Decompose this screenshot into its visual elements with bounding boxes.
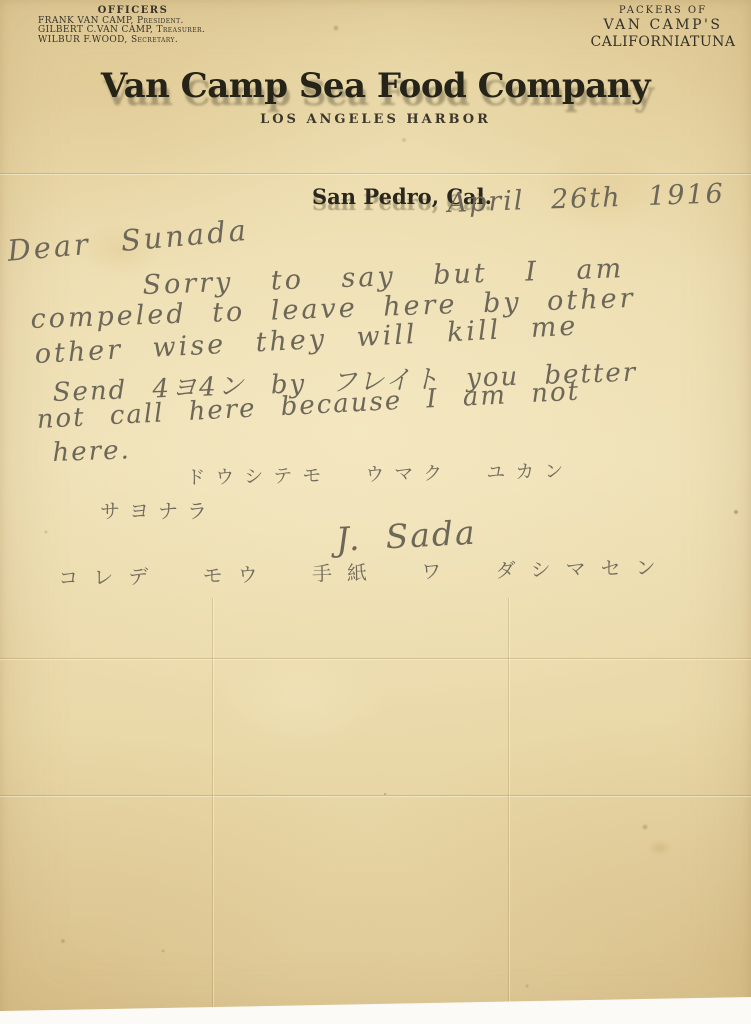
brand-name: VAN CAMP'S [583,17,743,33]
letter-paper: OFFICERS FRANK VAN CAMP, President. GILB… [0,0,751,1024]
officers-block: OFFICERS FRANK VAN CAMP, President. GILB… [38,6,228,45]
company-location: LOS ANGELES HARBOR [0,112,751,127]
body-line-6: here. [52,435,131,468]
fold-crease-horizontal-2 [0,658,751,661]
signature: J. Sada [335,513,478,559]
packers-of-label: PACKERS OF [583,5,743,16]
packers-block: PACKERS OF VAN CAMP'S CALIFORNIATUNA [583,5,743,50]
farewell-sayonara: サヨナラ [100,495,216,524]
katakana-line-1: ドウシテモ ウマク ユカン [186,456,574,490]
katakana-line-2: コレデ モウ 手紙 ワ ダシマセン [58,551,671,591]
officers-heading: OFFICERS [38,6,228,16]
fold-crease-horizontal-3 [0,795,751,798]
scanned-letter: OFFICERS FRANK VAN CAMP, President. GILB… [0,0,751,1024]
company-name: Van Camp Sea Food Company [0,66,751,106]
fold-crease-vertical-1 [212,598,215,1008]
product-name: CALIFORNIATUNA [583,34,743,50]
salutation: Dear Sunada [6,213,250,268]
fold-crease-horizontal-1 [0,173,751,176]
officer-secretary: WILBUR F.WOOD, Secretary. [38,36,228,46]
fold-crease-vertical-2 [508,598,511,1008]
